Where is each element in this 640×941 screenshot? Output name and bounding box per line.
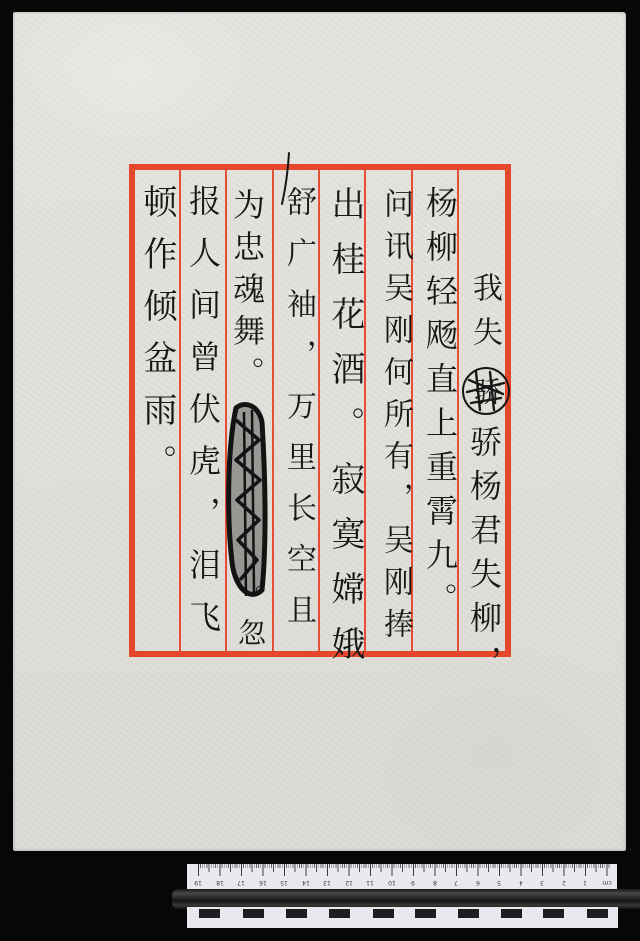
manuscript-column-6-start: 为忠魂舞。 <box>231 188 263 398</box>
ruler-label: 10 <box>386 879 398 886</box>
manuscript-column-7: 报人间曾伏虎，泪飞 <box>187 184 219 652</box>
ruler-label: 7 <box>450 879 462 886</box>
ruler-square <box>415 909 436 918</box>
manuscript-column-5: 舒广袖，万里长空且 <box>283 186 313 645</box>
ruler-label: 16 <box>257 879 269 886</box>
grid-column-line <box>179 170 181 651</box>
ruler-label: 8 <box>429 879 441 886</box>
ruler-metal-bar <box>172 889 640 909</box>
ruler-ticks <box>198 864 610 878</box>
ruler-label: 5 <box>493 879 505 886</box>
ruler-label: 19 <box>192 879 204 886</box>
ruler-label: 14 <box>300 879 312 886</box>
manuscript-column-1-end: 骄杨君失柳， <box>468 425 500 689</box>
ruler-square <box>243 909 264 918</box>
ruler-label: 18 <box>214 879 226 886</box>
manuscript-column-1-start: 我失 <box>469 272 499 360</box>
ruler-square <box>543 909 564 918</box>
grid-column-line <box>225 170 227 651</box>
ruler-scale-strip: 19 18 17 16 15 14 13 12 11 10 9 8 7 6 5 … <box>187 864 617 891</box>
ruler-label: 11 <box>364 879 376 886</box>
grid-column-line <box>318 170 320 651</box>
manuscript-column-8: 顿作倾盆雨。 <box>140 184 174 496</box>
manuscript-column-4: 出桂花酒。寂寞嫦娥 <box>328 186 362 681</box>
manuscript-column-6-end: 。忽 <box>236 584 264 652</box>
ruler-label: 12 <box>343 879 355 886</box>
ruler-square <box>199 909 220 918</box>
ruler-square <box>587 909 608 918</box>
ruler-label: 1 <box>579 879 591 886</box>
ruler-block-strip <box>187 907 618 928</box>
ruler-square <box>501 909 522 918</box>
ruler-label: 4 <box>515 879 527 886</box>
grid-column-line <box>272 170 274 651</box>
ruler-unit-label: cm <box>601 879 613 886</box>
ruler-label: 3 <box>536 879 548 886</box>
ruler-label: 17 <box>235 879 247 886</box>
ruler-label: 6 <box>472 879 484 886</box>
ruler-label: 9 <box>407 879 419 886</box>
ruler-square <box>373 909 394 918</box>
circled-struck-character: 骄 <box>472 377 500 405</box>
ruler-square <box>286 909 307 918</box>
ruler-label: 13 <box>321 879 333 886</box>
ruler-square <box>458 909 479 918</box>
ruler-square <box>329 909 350 918</box>
ruler-label: 2 <box>558 879 570 886</box>
manuscript-column-2: 杨柳轻飏直上重霄九。 <box>424 186 456 626</box>
manuscript-column-3: 问讯吴刚何所有，吴刚捧 <box>380 188 410 650</box>
ruler-label: 15 <box>278 879 290 886</box>
